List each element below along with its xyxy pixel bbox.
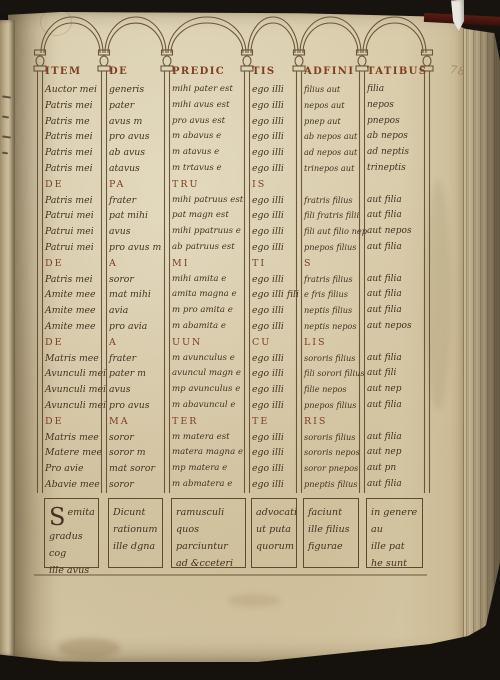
- table-cell: Patris mei: [45, 272, 99, 288]
- table-cell: Matris mee: [45, 351, 99, 367]
- table-cell: pat mihi: [109, 208, 162, 224]
- table-cell: Patris me: [45, 114, 99, 130]
- table-cell: aut filia: [367, 351, 422, 367]
- table-cell: avus m: [109, 114, 162, 130]
- footer-line: ut puta: [256, 521, 293, 538]
- table-cell: pro avus est: [172, 114, 242, 130]
- footer-line: Dicunt: [113, 504, 159, 521]
- table-cell: soror pnepos: [304, 461, 357, 477]
- table-column-1: ITEMAuctor meiPatris meiPatris mePatris …: [45, 62, 99, 493]
- table-cell: fili aut filio nep: [304, 224, 357, 240]
- rubric-cell: RIS: [304, 414, 357, 430]
- table-cell: aut filia: [367, 272, 422, 288]
- table-cell: Patris mei: [45, 161, 99, 177]
- rubric-cell: [367, 414, 422, 430]
- table-cell: fili fratris filii: [304, 208, 357, 224]
- table-cell: ego illi: [252, 382, 294, 398]
- rubric-cell: PREDIC: [172, 62, 242, 82]
- footer-line: figurae: [308, 538, 355, 555]
- photo-frame: ITEMAuctor meiPatris meiPatris mePatris …: [0, 0, 500, 680]
- footer-note-box-2: Dicuntrationumille dgna: [108, 498, 163, 568]
- table-cell: Matere mee: [45, 445, 99, 461]
- footer-line: advocati: [256, 504, 293, 521]
- rubric-cell: TIS: [252, 62, 294, 82]
- table-cell: generis: [109, 82, 162, 98]
- stain: [228, 594, 280, 607]
- table-cell: ego illi: [252, 240, 294, 256]
- rubric-cell: TATIBUS: [367, 62, 422, 82]
- table-cell: avus: [109, 224, 162, 240]
- table-cell: aut filia: [367, 477, 422, 493]
- table-cell: pro avia: [109, 319, 162, 335]
- table-column-4: TISego illiego illiego illiego illiego i…: [252, 62, 294, 493]
- table-cell: nepos: [367, 98, 422, 114]
- table-cell: m matera est: [172, 430, 242, 446]
- table-cell: ab patruus est: [172, 240, 242, 256]
- table-cell: filius aut: [304, 82, 357, 98]
- table-cell: pro avus: [109, 129, 162, 145]
- footer-note-box-3: ramusculi quosparciunturad &cceteri: [171, 498, 246, 568]
- manuscript-photo: { "page": { "folio_number": "78" }, "col…: [0, 0, 500, 680]
- table-cell: ego illi: [252, 224, 294, 240]
- table-cell: ad nepos aut: [304, 145, 357, 161]
- footer-line: parciuntur: [176, 538, 242, 555]
- footer-line: gradus cog: [49, 521, 95, 562]
- table-cell: avuncul magn e: [172, 366, 242, 382]
- table-cell: ego illi: [252, 461, 294, 477]
- table-cell: mihi amita e: [172, 272, 242, 288]
- table-cell: Patris mei: [45, 98, 99, 114]
- rubric-cell: DE: [109, 62, 162, 82]
- rubric-cell: [367, 256, 422, 272]
- rubric-cell: DE: [45, 177, 99, 193]
- rubric-cell: CU: [252, 335, 294, 351]
- table-cell: m pro amita e: [172, 303, 242, 319]
- table-cell: aut filia: [367, 208, 422, 224]
- table-cell: nepos aut: [304, 98, 357, 114]
- table-cell: Patris mei: [45, 129, 99, 145]
- table-cell: m trtavus e: [172, 161, 242, 177]
- table-cell: ego illi: [252, 319, 294, 335]
- table-cell: ab nepos: [367, 129, 422, 145]
- table-cell: ab avus: [109, 145, 162, 161]
- stain: [425, 180, 451, 410]
- stain: [58, 638, 120, 658]
- table-cell: ab nepos aut: [304, 129, 357, 145]
- table-cell: Auctor mei: [45, 82, 99, 98]
- rubric-cell: ITEM: [45, 62, 99, 82]
- rubric-cell: A: [109, 256, 162, 272]
- table-cell: soror m: [109, 445, 162, 461]
- table-cell: aut nepos: [367, 319, 422, 335]
- rubric-cell: MI: [172, 256, 242, 272]
- table-cell: m abmatera e: [172, 477, 242, 493]
- table-cell: ego illi: [252, 303, 294, 319]
- table-cell: ad neptis: [367, 145, 422, 161]
- table-cell: pneptis filius: [304, 477, 357, 493]
- rubric-cell: [367, 335, 422, 351]
- rubric-cell: TI: [252, 256, 294, 272]
- rubric-cell: PA: [109, 177, 162, 193]
- table-cell: ego illi: [252, 129, 294, 145]
- adjacent-page-text-fragment: [2, 116, 9, 119]
- table-cell: mihi ppatruus e: [172, 224, 242, 240]
- table-cell: pat magn est: [172, 208, 242, 224]
- rubric-cell: TRU: [172, 177, 242, 193]
- table-cell: ego illi fili: [252, 287, 294, 303]
- table-cell: soror: [109, 272, 162, 288]
- table-cell: avus: [109, 382, 162, 398]
- table-cell: soror: [109, 430, 162, 446]
- table-cell: Amite mee: [45, 303, 99, 319]
- rubric-cell: A: [109, 335, 162, 351]
- table-cell: ego illi: [252, 445, 294, 461]
- rubric-cell: IS: [252, 177, 294, 193]
- table-cell: pater: [109, 98, 162, 114]
- page-edge-stack: [463, 24, 500, 650]
- table-cell: sororis filius: [304, 430, 357, 446]
- table-cell: fratris filius: [304, 272, 357, 288]
- table-cell: ego illi: [252, 82, 294, 98]
- footer-line: ille filius: [308, 521, 355, 538]
- table-cell: Amite mee: [45, 319, 99, 335]
- table-cell: ego illi: [252, 161, 294, 177]
- footer-initial: S: [49, 506, 65, 528]
- table-cell: Patrui mei: [45, 240, 99, 256]
- table-column-6: TATIBUSfilianepospneposab neposad neptis…: [367, 62, 422, 493]
- table-cell: aut nepos: [367, 224, 422, 240]
- table-cell: Matris mee: [45, 430, 99, 446]
- footer-line: quorum: [256, 538, 293, 555]
- table-cell: mp matera e: [172, 461, 242, 477]
- table-cell: aut nep: [367, 382, 422, 398]
- table-cell: aut filia: [367, 287, 422, 303]
- table-cell: Amite mee: [45, 287, 99, 303]
- table-cell: aut filia: [367, 240, 422, 256]
- table-cell: trineptis: [367, 161, 422, 177]
- table-cell: aut pn: [367, 461, 422, 477]
- table-cell: Avunculi mei: [45, 366, 99, 382]
- table-cell: Abavie mee: [45, 477, 99, 493]
- table-cell: filie nepos: [304, 382, 357, 398]
- table-cell: m abavus e: [172, 129, 242, 145]
- table-cell: Pro avie: [45, 461, 99, 477]
- table-cell: m avunculus e: [172, 351, 242, 367]
- table-cell: ego illi: [252, 366, 294, 382]
- table-cell: Patris mei: [45, 145, 99, 161]
- rubric-cell: TER: [172, 414, 242, 430]
- table-cell: ego illi: [252, 193, 294, 209]
- rubric-cell: DE: [45, 414, 99, 430]
- table-cell: neptis filius: [304, 303, 357, 319]
- table-cell: soror: [109, 477, 162, 493]
- rubric-cell: TE: [252, 414, 294, 430]
- table-cell: aut fili: [367, 366, 422, 382]
- table-cell: ego illi: [252, 98, 294, 114]
- table-cell: pnepos filius: [304, 240, 357, 256]
- table-cell: pnepos: [367, 114, 422, 130]
- footer-line: ad &cceteri: [176, 555, 242, 572]
- footer-note-box-4: advocatiut putaquorum: [251, 498, 297, 568]
- footer-note-box-6: in genere auille pathe sunt: [366, 498, 423, 568]
- table-cell: sororis nepos: [304, 445, 357, 461]
- adjacent-page-text-fragment: [2, 152, 8, 155]
- table-cell: ego illi: [252, 145, 294, 161]
- table-cell: m atavus e: [172, 145, 242, 161]
- footer-line: rationum: [113, 521, 159, 538]
- table-cell: Patris mei: [45, 193, 99, 209]
- rubric-cell: DE: [45, 256, 99, 272]
- table-cell: e fris filius: [304, 287, 357, 303]
- rubric-cell: [304, 177, 357, 193]
- footer-note-box-5: faciuntille filiusfigurae: [303, 498, 359, 568]
- table-cell: frater: [109, 351, 162, 367]
- table-cell: fratris filius: [304, 193, 357, 209]
- rubric-cell: S: [304, 256, 357, 272]
- table-cell: aut nep: [367, 445, 422, 461]
- footer-line: ille pat: [371, 538, 419, 555]
- table-cell: mihi avus est: [172, 98, 242, 114]
- rubric-cell: MA: [109, 414, 162, 430]
- footer-note-box-1: Semitagradus cogille avus: [44, 498, 99, 568]
- table-cell: Avunculi mei: [45, 382, 99, 398]
- table-cell: sororis filius: [304, 351, 357, 367]
- table-cell: Avunculi mei: [45, 398, 99, 414]
- table-cell: pnepos filius: [304, 398, 357, 414]
- table-cell: filia: [367, 82, 422, 98]
- table-cell: pater m: [109, 366, 162, 382]
- table-cell: avia: [109, 303, 162, 319]
- table-cell: pro avus m: [109, 240, 162, 256]
- table-cell: ego illi: [252, 114, 294, 130]
- footer-line: faciunt: [308, 504, 355, 521]
- table-cell: mihi patruus est: [172, 193, 242, 209]
- table-cell: m abavuncul e: [172, 398, 242, 414]
- table-cell: ego illi: [252, 477, 294, 493]
- table-cell: ego illi: [252, 351, 294, 367]
- table-cell: fili sorori filius: [304, 366, 357, 382]
- table-cell: Patrui mei: [45, 208, 99, 224]
- table-cell: aut filia: [367, 398, 422, 414]
- table-column-3: PREDICmihi pater estmihi avus estpro avu…: [172, 62, 242, 493]
- table-cell: aut filia: [367, 430, 422, 446]
- table-cell: m abamita e: [172, 319, 242, 335]
- table-cell: ego illi: [252, 430, 294, 446]
- table-cell: matera magna e: [172, 445, 242, 461]
- rubric-cell: DE: [45, 335, 99, 351]
- table-cell: mihi pater est: [172, 82, 242, 98]
- footer-line: he sunt: [371, 555, 419, 572]
- footer-line: ramusculi quos: [176, 504, 242, 538]
- table-cell: Patrui mei: [45, 224, 99, 240]
- table-cell: aut filia: [367, 193, 422, 209]
- table-cell: ego illi: [252, 398, 294, 414]
- adjacent-page-edge: [0, 20, 15, 656]
- table-cell: mat mihi: [109, 287, 162, 303]
- footer-line: ille dgna: [113, 538, 159, 555]
- table-cell: mp avunculus e: [172, 382, 242, 398]
- rubric-cell: ADFINI: [304, 62, 357, 82]
- table-cell: atavus: [109, 161, 162, 177]
- table-column-5: ADFINIfilius autnepos autpnep autab nepo…: [304, 62, 357, 493]
- table-cell: frater: [109, 193, 162, 209]
- table-cell: neptis nepos: [304, 319, 357, 335]
- table-cell: trinepos aut: [304, 161, 357, 177]
- table-cell: amita magna e: [172, 287, 242, 303]
- table-cell: ego illi: [252, 208, 294, 224]
- footer-line: in genere au: [371, 504, 419, 538]
- rubric-cell: [367, 177, 422, 193]
- table-cell: pnep aut: [304, 114, 357, 130]
- table-cell: mat soror: [109, 461, 162, 477]
- table-cell: ego illi: [252, 272, 294, 288]
- table-column-2: DEgenerispateravus mpro avusab avusatavu…: [109, 62, 162, 493]
- table-cell: aut filia: [367, 303, 422, 319]
- rubric-cell: UUN: [172, 335, 242, 351]
- adjacent-page-text-fragment: [2, 135, 11, 138]
- rubric-cell: LIS: [304, 335, 357, 351]
- footer-line: ille avus: [49, 562, 95, 579]
- adjacent-page-text-fragment: [2, 95, 11, 98]
- table-cell: pro avus: [109, 398, 162, 414]
